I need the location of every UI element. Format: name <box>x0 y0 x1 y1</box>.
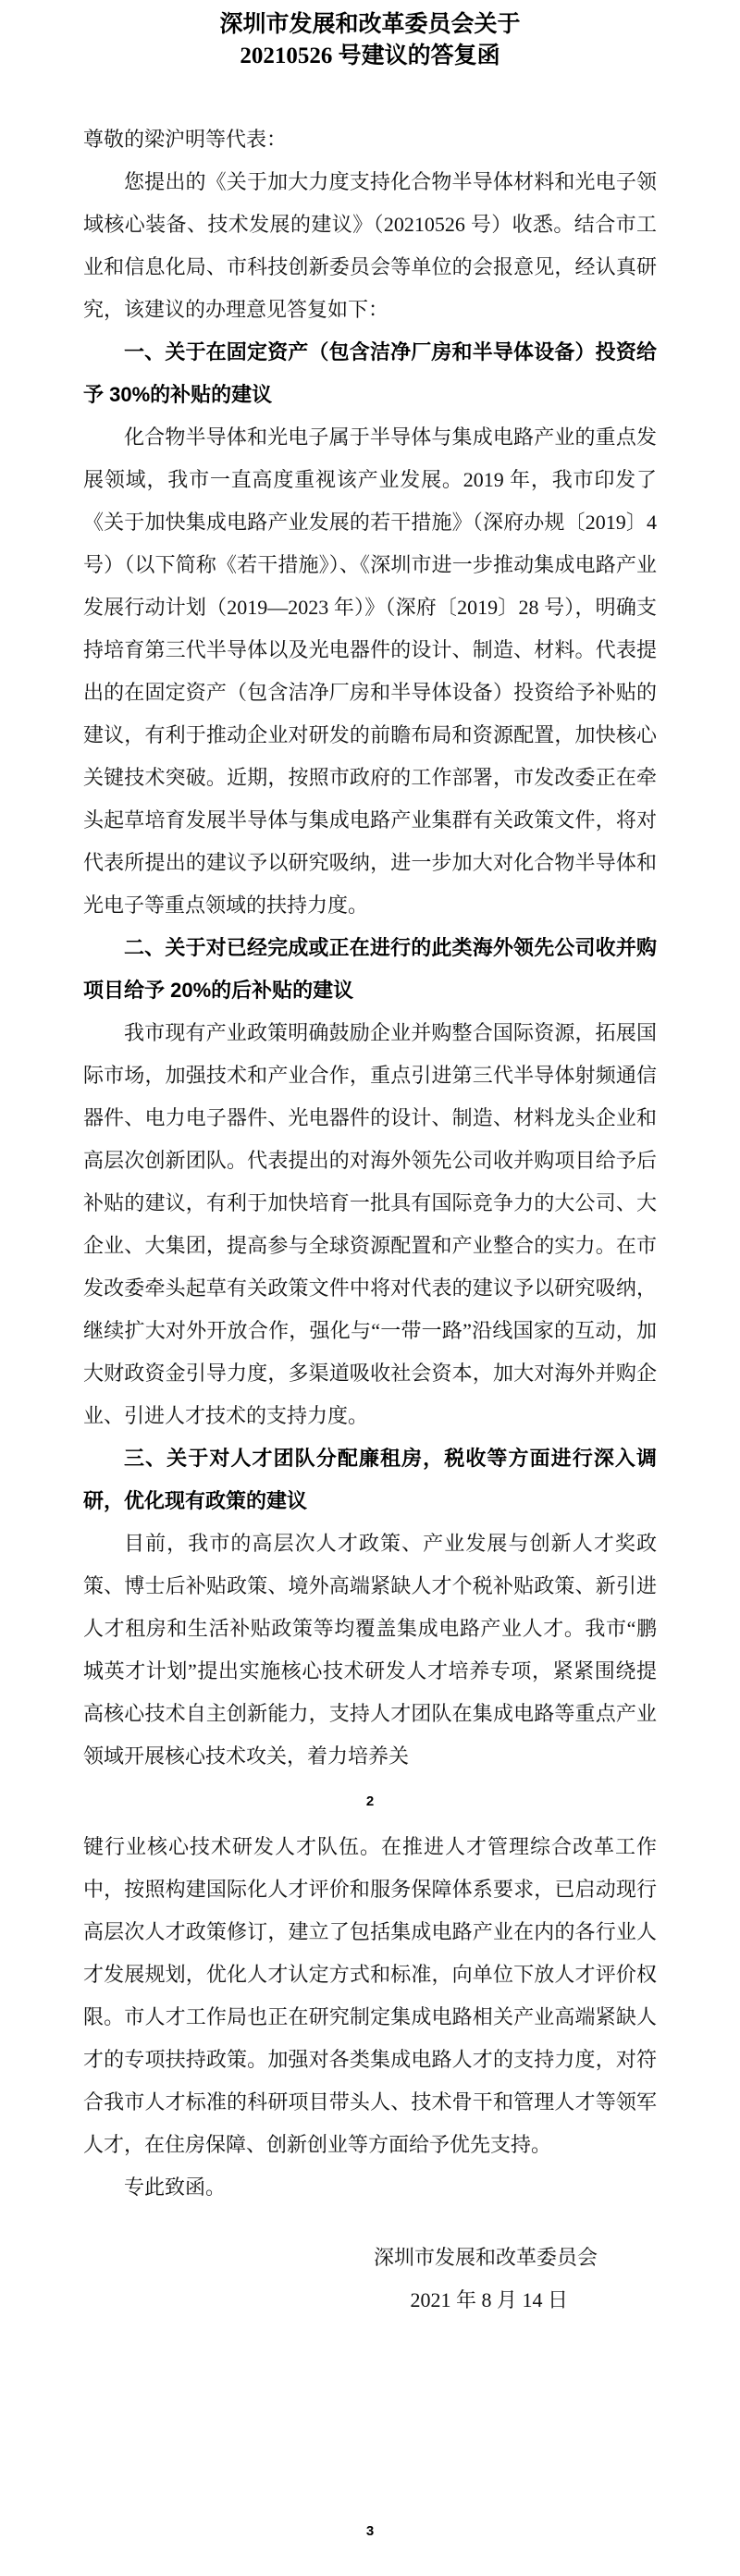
section-3-paragraph-part-1: 目前，我市的高层次人才政策、产业发展与创新人才奖政策、博士后补贴政策、境外高端紧… <box>83 1522 657 1778</box>
section-1-heading: 一、关于在固定资产（包含洁净厂房和半导体设备）投资给予 30%的补贴的建议 <box>83 331 657 416</box>
page-3-number: 3 <box>0 2523 740 2539</box>
section-1-paragraph: 化合物半导体和光电子属于半导体与集成电路产业的重点发展领域，我市一直高度重视该产… <box>83 416 657 927</box>
closing-line: 专此致函。 <box>83 2166 657 2209</box>
section-3-paragraph-part-2: 键行业核心技术研发人才队伍。在推进人才管理综合改革工作中，按照构建国际化人才评价… <box>83 1826 657 2166</box>
salutation: 尊敬的梁沪明等代表： <box>83 118 657 161</box>
issue-date: 2021 年 8 月 14 日 <box>83 2279 657 2322</box>
section-3-heading: 三、关于对人才团队分配廉租房，税收等方面进行深入调研，优化现有政策的建议 <box>83 1437 657 1522</box>
document-title-line-2: 20210526 号建议的答复函 <box>83 41 657 72</box>
section-2-paragraph: 我市现有产业政策明确鼓励企业并购整合国际资源，拓展国际市场，加强技术和产业合作，… <box>83 1012 657 1437</box>
document-title: 深圳市发展和改革委员会关于 20210526 号建议的答复函 <box>83 9 657 72</box>
document-title-line-1: 深圳市发展和改革委员会关于 <box>83 9 657 41</box>
letter-body: 深圳市发展和改革委员会关于 20210526 号建议的答复函 尊敬的梁沪明等代表… <box>0 0 740 2322</box>
issuer-signature: 深圳市发展和改革委员会 <box>83 2237 657 2279</box>
intro-paragraph: 您提出的《关于加大力度支持化合物半导体材料和光电子领域核心装备、技术发展的建议》… <box>83 161 657 331</box>
document-page: { "doc": { "title": { "line1": "深圳市发展和改革… <box>0 0 740 2576</box>
page-2-number: 2 <box>83 1778 657 1826</box>
section-2-heading: 二、关于对已经完成或正在进行的此类海外领先公司收并购项目给予 20%的后补贴的建… <box>83 927 657 1012</box>
